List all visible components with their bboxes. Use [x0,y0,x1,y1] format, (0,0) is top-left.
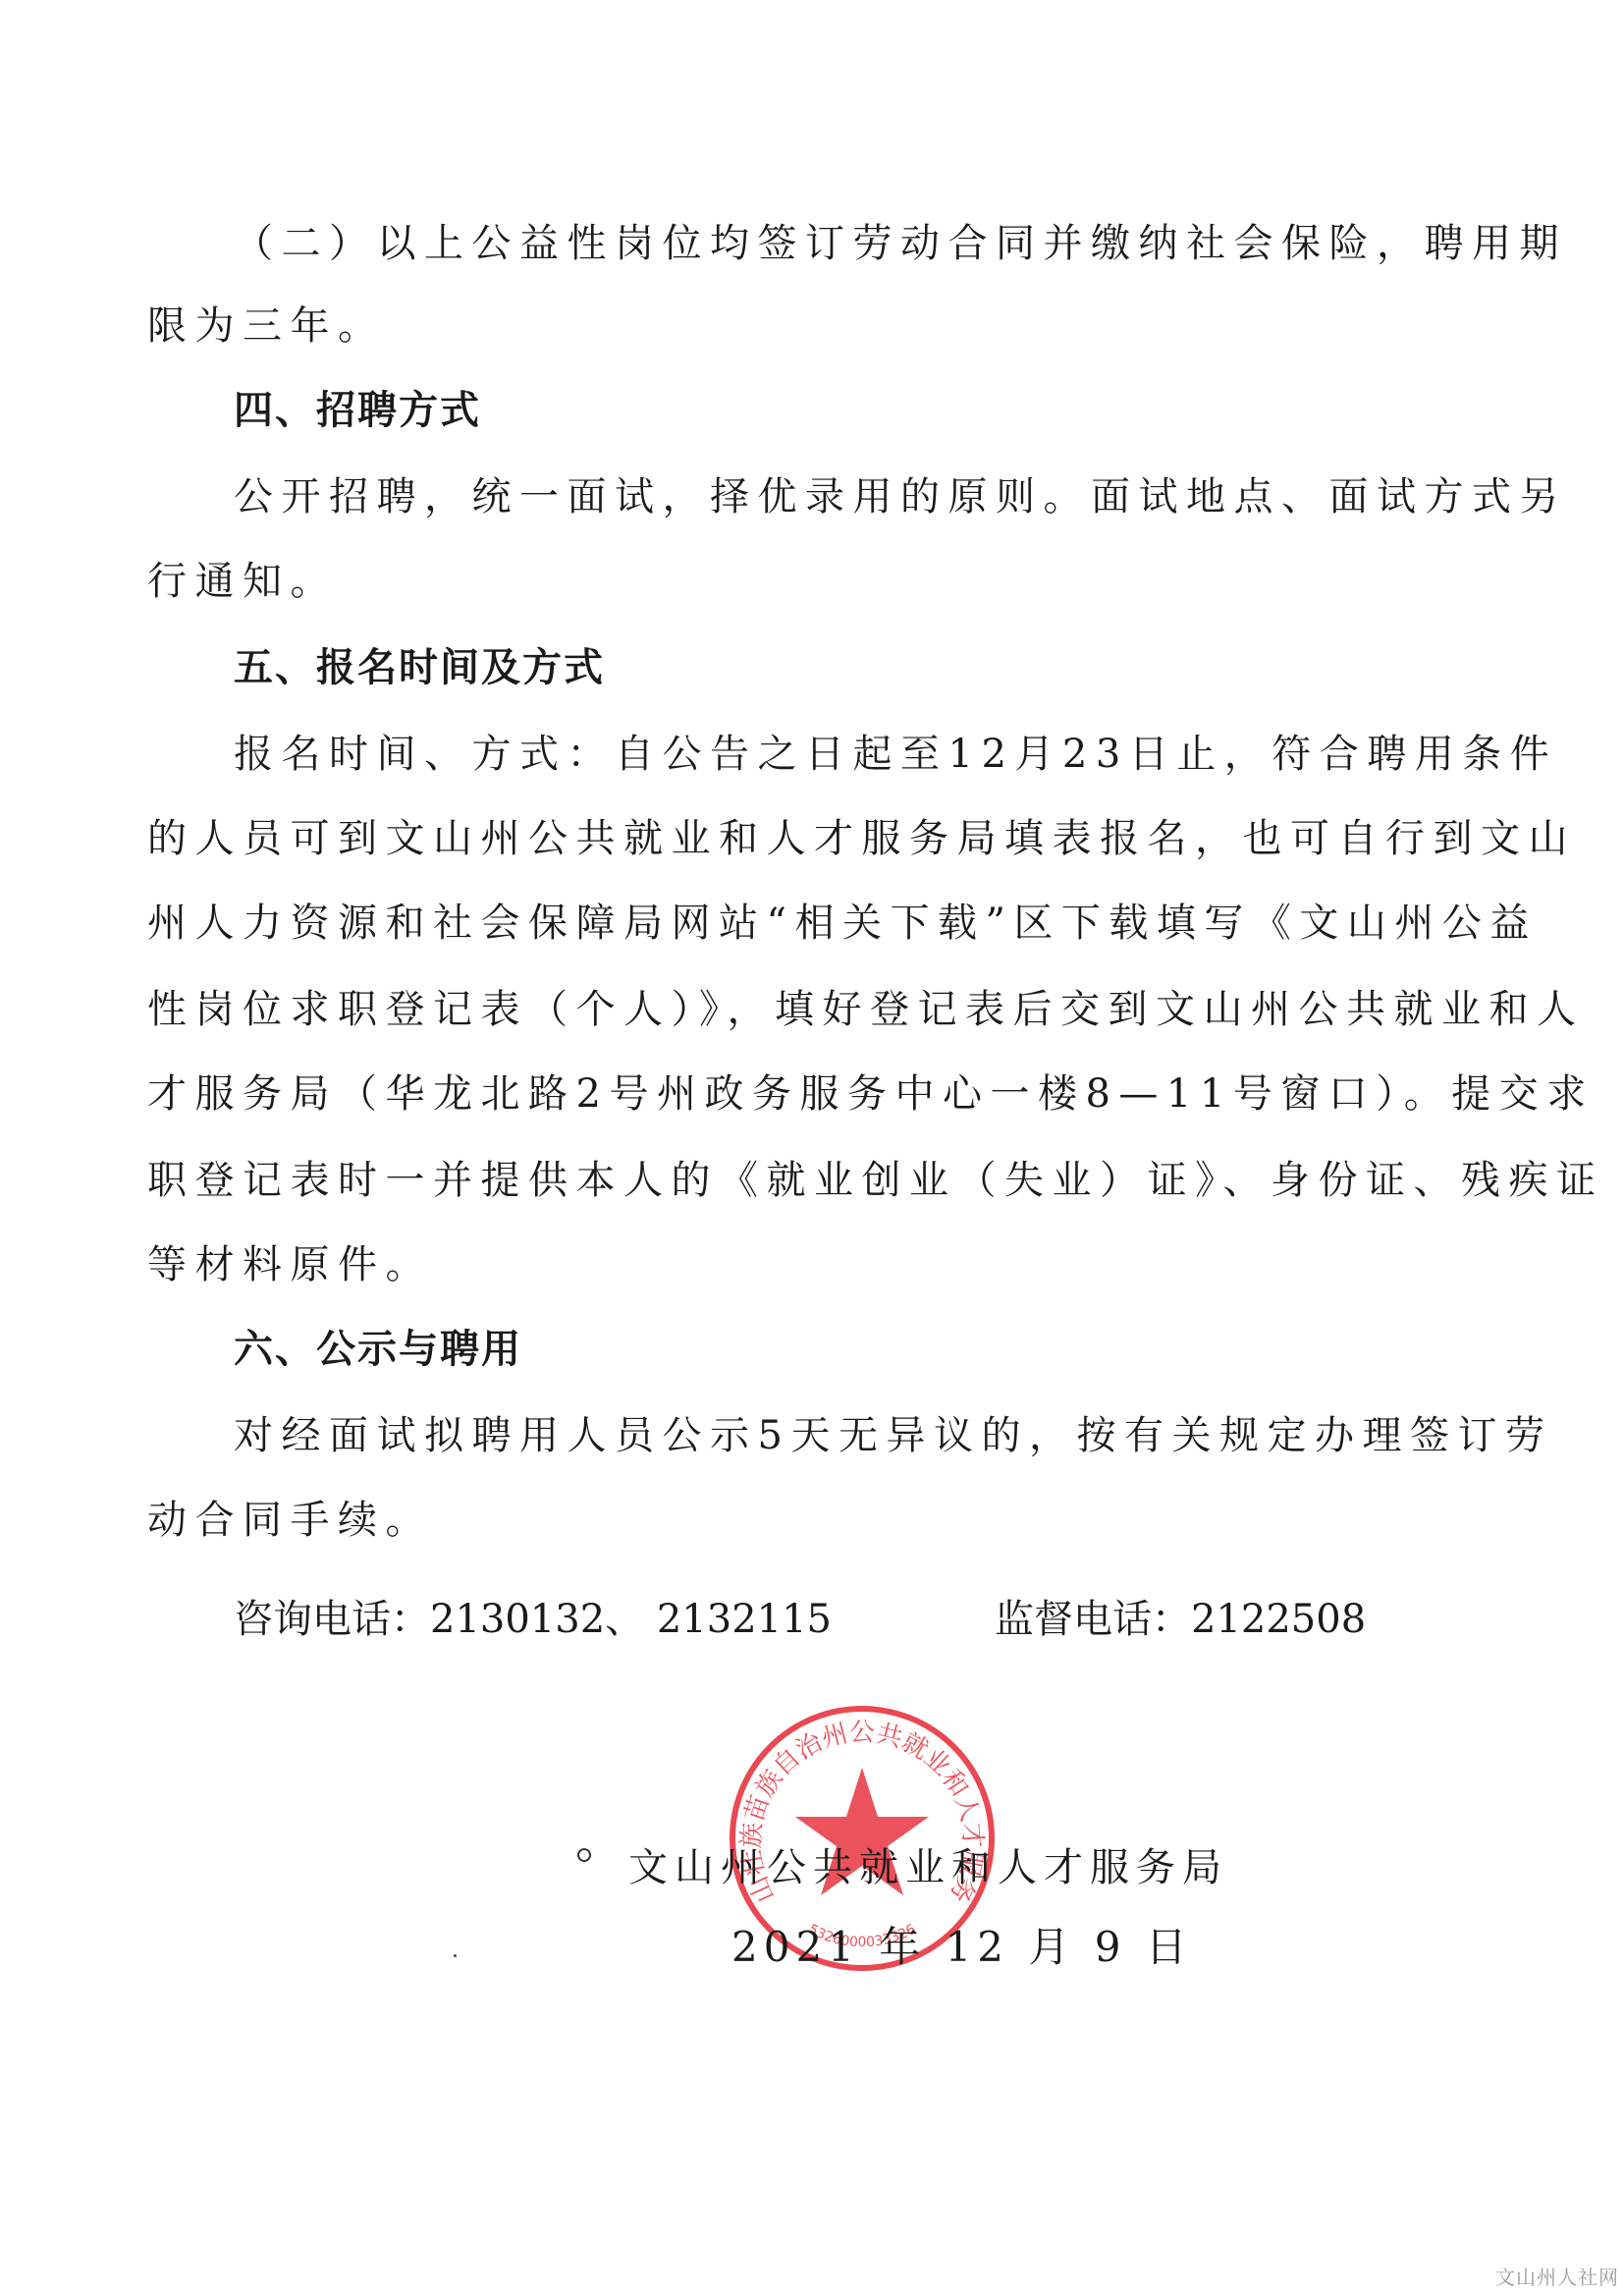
section-heading-4: 四、招聘方式 [234,391,481,430]
supervise-phone-number: 2122508 [1191,1597,1366,1642]
scan-mark [454,1954,457,1957]
signature-organization: 文山州公共就业和人才服务局 [628,1836,1228,1892]
paragraph-line: 的人员可到文山州公共就业和人才服务局填表报名，也可自行到文山 [147,819,1576,858]
paragraph-line: 职登记表时一并提供本人的《就业创业（失业）证》、身份证、残疾证 [147,1161,1604,1200]
paragraph-line: 等材料原件。 [147,1245,433,1285]
consult-phone-numbers: 2130132、 2132115 [430,1597,832,1642]
paragraph-line: 报名时间、方式：自公告之日起至12月23日止，符合聘用条件 [234,735,1557,774]
signature-date: 2021 年 12 月 9 日 [731,1915,1193,1974]
paragraph-line: 公开招聘，统一面试，择优录用的原则。面试地点、面试方式另 [234,477,1567,517]
paragraph-line: 对经面试拟聘用人员公示5天无异议的，按有关规定办理签订劳 [234,1416,1552,1455]
supervise-phone-label: 监督电话： [995,1597,1191,1642]
paragraph-line: 才服务局（华龙北路2号州政务服务中心一楼8—11号窗口）。提交求 [147,1074,1595,1114]
paragraph-line: 州人力资源和社会保障局网站“相关下载”区下载填写《文山州公益 [147,903,1538,943]
contact-phones: 咨询电话：2130132、 2132115 监督电话：2122508 [234,1588,832,1644]
paragraph-line: 行通知。 [147,562,338,601]
supervise-phone: 监督电话：2122508 [995,1588,1366,1644]
section-heading-6: 六、公示与聘用 [234,1330,522,1369]
section-heading-5: 五、报名时间及方式 [234,648,605,687]
watermark: 文山州人社网 [1495,2262,1619,2290]
paragraph-line: 动合同手续。 [147,1501,433,1540]
scan-mark [574,1845,593,1864]
paragraph-line: （二）以上公益性岗位均签订劳动合同并缴纳社会保险，聘用期 [234,224,1567,263]
consult-phone-label: 咨询电话： [234,1597,430,1642]
paragraph-line: 限为三年。 [147,306,386,346]
paragraph-line: 性岗位求职登记表（个人）》，填好登记表后交到文山州公共就业和人 [147,990,1585,1029]
